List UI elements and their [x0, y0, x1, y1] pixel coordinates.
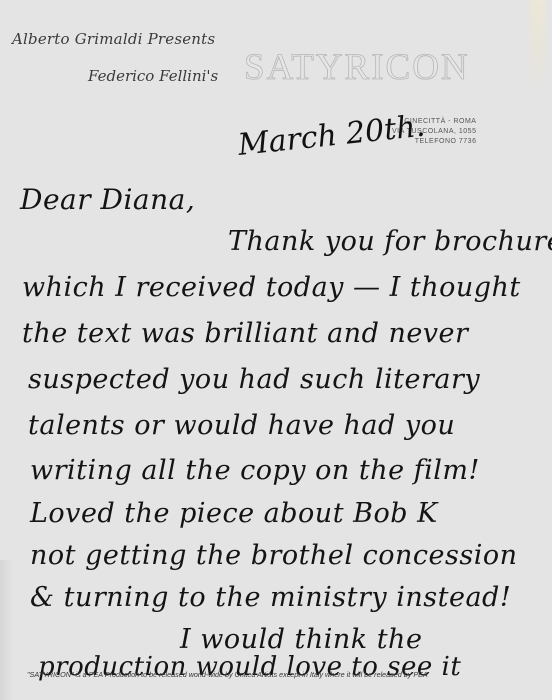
paper-stain [530, 0, 546, 90]
letter-line: writing all the copy on the film! [30, 455, 480, 486]
letter-line: talents or would have had you [28, 410, 455, 441]
letter-line: & turning to the ministry instead! [30, 582, 511, 613]
letter-line: Thank you for brochure [228, 226, 552, 257]
letterhead-presenter: Alberto Grimaldi Presents [12, 30, 215, 48]
letter-line: the text was brilliant and never [22, 318, 468, 349]
letterhead-film-title: SATYRICON [244, 46, 470, 89]
letter-line: not getting the brothel concession [30, 540, 517, 571]
letter-line: suspected you had such literary [28, 364, 480, 395]
letter-salutation: Dear Diana, [20, 183, 195, 216]
footer-production-note: "SATYRICON" is a PEA Production to be re… [27, 670, 428, 679]
letter-page: Alberto Grimaldi Presents Federico Felli… [0, 0, 552, 700]
letterhead-director: Federico Fellini's [88, 67, 218, 85]
letter-line: I would think the [180, 624, 422, 655]
letter-date: March 20th. [236, 109, 426, 163]
paper-edge-shadow [0, 560, 14, 700]
letter-line: Loved the piece about Bob K [30, 498, 438, 529]
letter-line: which I received today — I thought [22, 272, 521, 303]
